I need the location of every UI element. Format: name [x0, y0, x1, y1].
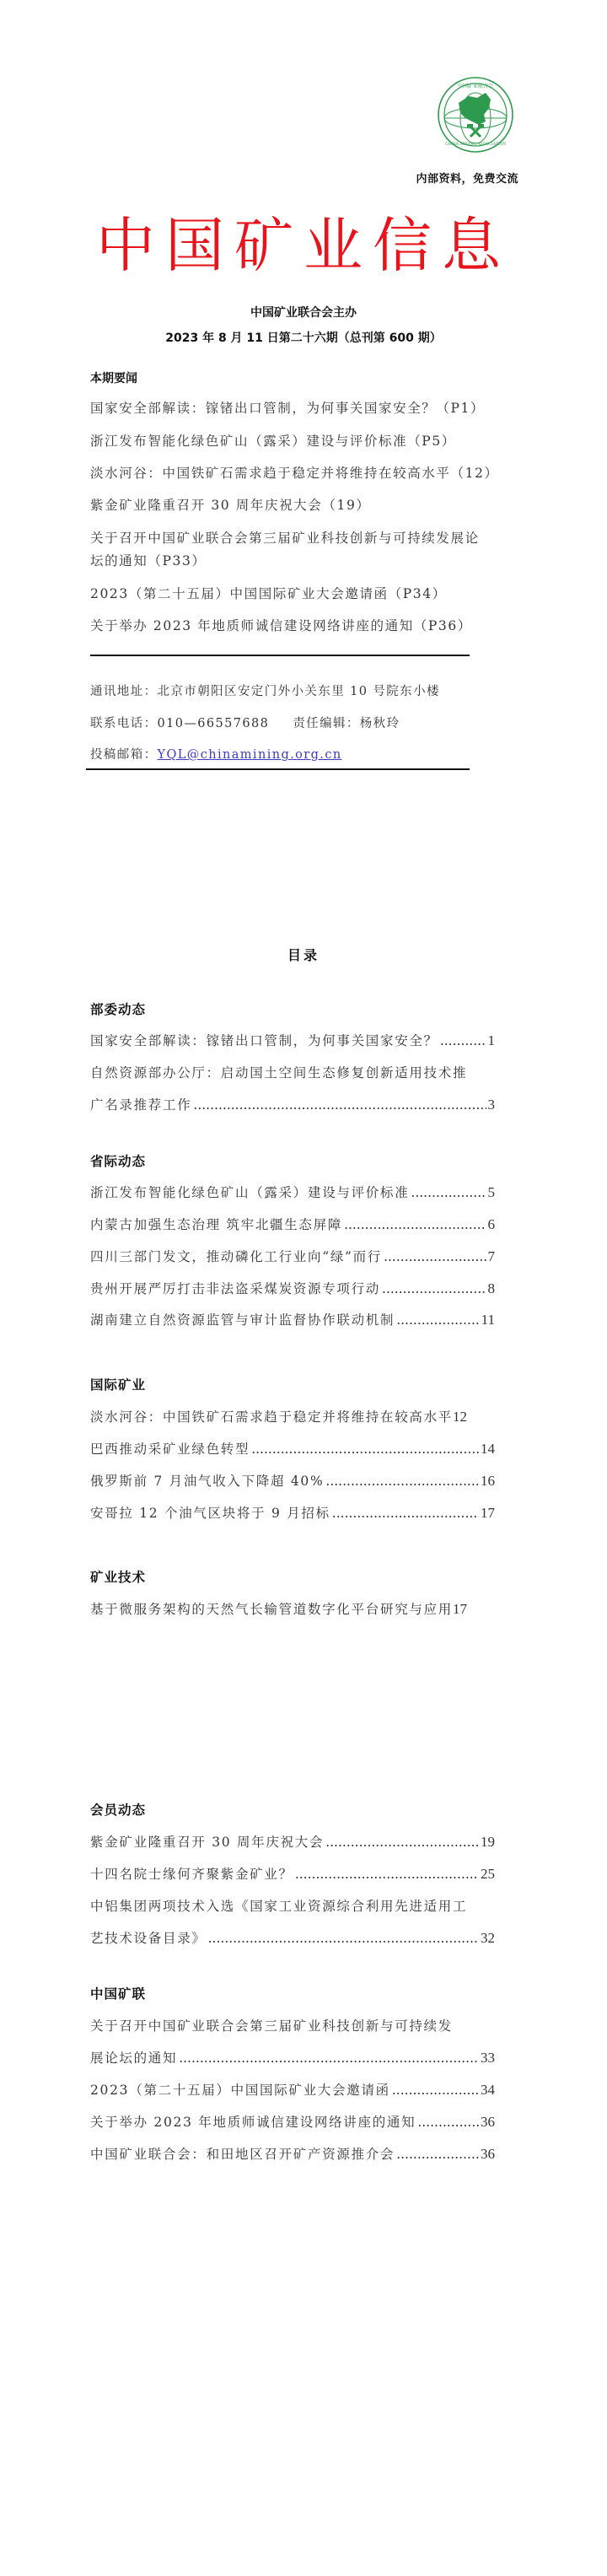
- toc-entry[interactable]: 淡水河谷：中国铁矿石需求趋于稳定并将维持在较高水平12: [90, 1407, 495, 1425]
- highlight-item-continued: 坛的通知（P33）: [90, 551, 207, 569]
- page-number: 16: [481, 1473, 495, 1490]
- page-number: 5: [488, 1184, 496, 1201]
- page-number: 12: [453, 1409, 467, 1425]
- toc-entry[interactable]: 紫金矿业隆重召开 30 周年庆祝大会19: [90, 1832, 495, 1851]
- toc-entry[interactable]: 巴西推动采矿业绿色转型14: [90, 1439, 495, 1458]
- highlight-item: 2023（第二十五届）中国国际矿业大会邀请函（P34）: [90, 584, 447, 602]
- toc-section-heading: 部委动态: [90, 1000, 146, 1018]
- highlight-item: 关于召开中国矿业联合会第三届矿业科技创新与可持续发展论: [90, 528, 480, 547]
- page-number: 34: [481, 2082, 495, 2099]
- phone-value: 010—66557688: [158, 717, 270, 730]
- svg-text:中国矿业联合会: 中国矿业联合会: [458, 83, 493, 89]
- page-number: 32: [481, 1930, 495, 1947]
- sponsor-line: 中国矿业联合会主办: [0, 304, 607, 321]
- page-number: 1: [488, 1032, 496, 1049]
- toc-entry[interactable]: 广名录推荐工作3: [90, 1095, 495, 1113]
- toc-entry[interactable]: 国家安全部解读：镓锗出口管制，为何事关国家安全？1: [90, 1031, 495, 1049]
- highlight-item: 紫金矿业隆重召开 30 周年庆祝大会（19）: [90, 495, 371, 514]
- address-line: 通讯地址：北京市朝阳区安定门外小关东里 10 号院东小楼: [90, 682, 440, 699]
- highlight-item: 关于举办 2023 年地质师诚信建设网络讲座的通知（P36）: [90, 616, 472, 634]
- globe-logo-icon: 中国矿业联合会 CHINA MINING ASSOCIATION: [435, 74, 516, 162]
- toc-entry-line1[interactable]: 关于召开中国矿业联合会第三届矿业科技创新与可持续发: [90, 2016, 453, 2034]
- address-value: 北京市朝阳区安定门外小关东里 10 号院东小楼: [158, 685, 440, 698]
- svg-text:CHINA MINING ASSOCIATION: CHINA MINING ASSOCIATION: [445, 142, 507, 147]
- page-number: 36: [481, 2114, 495, 2131]
- toc-entry[interactable]: 湖南建立自然资源监管与审计监督协作联动机制11: [90, 1310, 495, 1328]
- toc-entry[interactable]: 艺技术设备目录》32: [90, 1928, 495, 1947]
- page-number: 17: [453, 1601, 467, 1618]
- toc-entry[interactable]: 展论坛的通知33: [90, 2048, 495, 2067]
- highlight-item: 国家安全部解读：镓锗出口管制，为何事关国家安全？（P1）: [90, 398, 485, 417]
- page-number: 6: [488, 1216, 496, 1233]
- divider: [90, 655, 470, 656]
- toc-entry[interactable]: 贵州开展严厉打击非法盗采煤炭资源专项行动8: [90, 1279, 495, 1297]
- toc-entry[interactable]: 关于举办 2023 年地质师诚信建设网络讲座的通知36: [90, 2112, 495, 2131]
- divider: [86, 768, 470, 770]
- phone-label: 联系电话：: [90, 717, 158, 730]
- email-link[interactable]: YQL@chinamining.org.cn: [158, 748, 342, 762]
- page-number: 11: [481, 1312, 495, 1328]
- editor-value: 杨秋玲: [360, 717, 400, 730]
- toc-title: 目录: [0, 945, 607, 964]
- phone-editor-line: 联系电话：010—66557688责任编辑：杨秋玲: [90, 714, 400, 731]
- highlights-heading: 本期要闻: [90, 369, 137, 386]
- toc-section-heading: 省际动态: [90, 1151, 146, 1170]
- publication-title: 中国矿业信息: [0, 207, 607, 283]
- toc-entry[interactable]: 基于微服务架构的天然气长输管道数字化平台研究与应用17: [90, 1599, 495, 1618]
- page-number: 25: [481, 1866, 495, 1883]
- issue-line: 2023 年 8 月 11 日第二十六期（总刊第 600 期）: [0, 329, 607, 346]
- page-number: 7: [488, 1248, 496, 1265]
- toc-entry[interactable]: 浙江发布智能化绿色矿山（露采）建设与评价标准5: [90, 1183, 495, 1201]
- page-number: 36: [481, 2146, 495, 2163]
- toc-entry[interactable]: 中国矿业联合会：和田地区召开矿产资源推介会36: [90, 2144, 495, 2163]
- toc-section-heading: 国际矿业: [90, 1375, 146, 1393]
- highlight-item: 浙江发布智能化绿色矿山（露采）建设与评价标准（P5）: [90, 431, 456, 450]
- email-label: 投稿邮箱：: [90, 748, 158, 762]
- toc-section-heading: 中国矿联: [90, 1984, 146, 2002]
- page-number: 19: [481, 1834, 495, 1851]
- toc-entry[interactable]: 四川三部门发文，推动磷化工行业向“绿”而行7: [90, 1247, 495, 1265]
- page-number: 3: [488, 1097, 496, 1113]
- address-label: 通讯地址：: [90, 685, 158, 698]
- toc-entry[interactable]: 俄罗斯前 7 月油气收入下降超 40%16: [90, 1471, 495, 1490]
- toc-entry[interactable]: 2023（第二十五届）中国国际矿业大会邀请函34: [90, 2080, 495, 2099]
- toc-section-heading: 会员动态: [90, 1800, 146, 1819]
- internal-note: 内部资料，免费交流: [416, 170, 518, 186]
- page-number: 14: [481, 1441, 495, 1458]
- toc-entry[interactable]: 十四名院士缘何齐聚紫金矿业？25: [90, 1864, 495, 1883]
- toc-entry[interactable]: 安哥拉 12 个油气区块将于 9 月招标17: [90, 1503, 495, 1522]
- highlight-item: 淡水河谷：中国铁矿石需求趋于稳定并将维持在较高水平（12）: [90, 463, 499, 482]
- page-number: 33: [481, 2050, 495, 2067]
- email-line: 投稿邮箱：YQL@chinamining.org.cn: [90, 745, 342, 763]
- toc-entry-line1[interactable]: 中铝集团两项技术入选《国家工业资源综合利用先进适用工: [90, 1896, 467, 1915]
- toc-section-heading: 矿业技术: [90, 1567, 146, 1586]
- china-mining-association-logo: 中国矿业联合会 CHINA MINING ASSOCIATION: [435, 74, 516, 162]
- page-number: 17: [481, 1505, 495, 1522]
- toc-entry[interactable]: 内蒙古加强生态治理 筑牢北疆生态屏障6: [90, 1215, 495, 1233]
- toc-entry-line1[interactable]: 自然资源部办公厅：启动国土空间生态修复创新适用技术推: [90, 1063, 467, 1081]
- page-number: 8: [488, 1280, 496, 1297]
- editor-label: 责任编辑：: [293, 717, 360, 730]
